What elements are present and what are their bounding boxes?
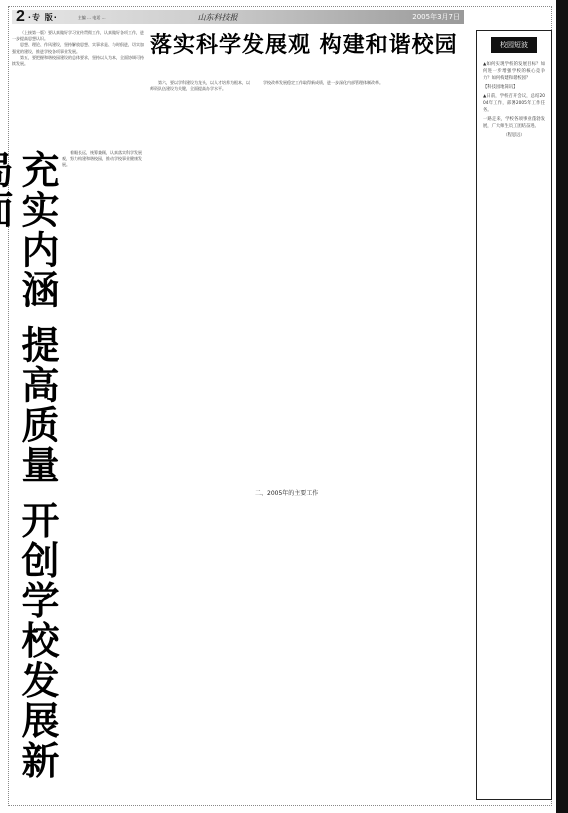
vertical-headline: 充实内涵 提高质量 开创学校发展新局面 (14, 150, 60, 813)
sidebar-signature: （程思远） (483, 132, 545, 139)
article-column-2: 着眼长远，统筹兼顾，认真落实科学发展观，努力构建和谐校园，推动学校事业健康发展。 (62, 150, 142, 530)
sidebar-text: ▲如何实现学校的发展目标？如何进一步增强学校的核心竞争力？如何构建和谐校园？ 【… (483, 61, 545, 791)
sidebar-news-box: 校园短波 ▲如何实现学校的发展目标？如何进一步增强学校的核心竞争力？如何构建和谐… (476, 30, 552, 800)
page-edge (556, 0, 568, 813)
sidebar-title: 校园短波 (491, 37, 537, 53)
main-headline: 落实科学发展观 构建和谐校园 (150, 28, 470, 59)
page-number: 2 (16, 10, 25, 24)
section-subheading: 二、2005年的主要工作 (255, 488, 318, 497)
masthead: 2 ·专 版· 主编 … 电话 … 山东科技报 2005年3月7日 (12, 10, 464, 24)
section-label: ·专 版· (28, 12, 58, 23)
article-column-3: 第六，要以学科建设为龙头，以人才培养为根本，以师资队伍建设为关键，全面提高办学水… (150, 80, 250, 780)
paper-name: 山东科技报 (198, 12, 238, 23)
editor-info: 主编 … 电话 … (78, 15, 106, 20)
article-column-4: 学校改革发展稳定工作取得新成绩，进一步深化内部管理体制改革。 (255, 80, 465, 780)
issue-date: 2005年3月7日 (412, 12, 460, 22)
article-column-1: （上接第一版）要认真做好学习宣传贯彻工作，认真做好各项工作，进一步提高思想认识。… (12, 30, 144, 140)
